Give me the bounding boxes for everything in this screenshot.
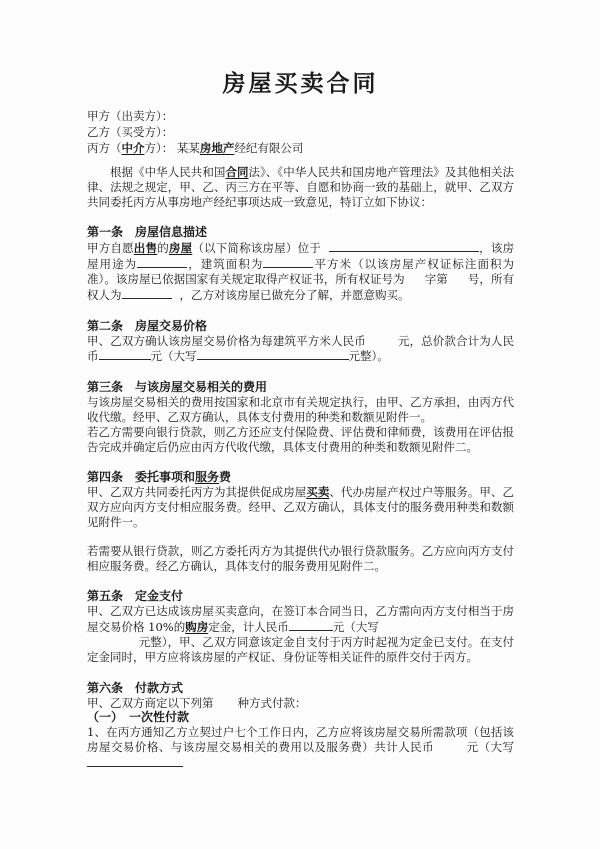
text-run: 若需要从银行贷款，则乙方委托丙方为其提供代办银行贷款服务。乙方应向丙方支付相应服… bbox=[87, 544, 514, 573]
document-title: 房屋买卖合同 bbox=[87, 70, 514, 98]
section-1-heading: 第一条 房屋信息描述 bbox=[87, 224, 514, 240]
text-run: （一） 一次性付款 bbox=[87, 710, 189, 724]
keyword-anchor: 出售 bbox=[134, 241, 157, 255]
keyword-anchor: 房地产 bbox=[200, 141, 235, 155]
text-run: 经纪有限公司 bbox=[234, 141, 303, 155]
text-run: 第一条 房屋信息描述 bbox=[87, 225, 207, 239]
party-line-buyer: 乙方（买受方）： bbox=[87, 124, 514, 140]
section-4-paragraph-1: 甲、乙双方共同委托丙方为其提供促成房屋买卖、代办房屋产权过户等服务。甲、乙双方应… bbox=[87, 485, 514, 529]
text-run: 根据《中华人民共和国 bbox=[110, 165, 225, 179]
fill-in-blank bbox=[137, 256, 187, 268]
contract-page: 房屋买卖合同 甲方（出卖方）：乙方（买受方）：丙方（中介方）： 某某房地产经纪有… bbox=[0, 0, 600, 849]
section-3-paragraph-2: 若乙方需要向银行贷款，则乙方还应支付保险费、评估费和律师费，该费用在评估报告完成… bbox=[87, 425, 514, 455]
text-run: 甲方自愿 bbox=[87, 241, 134, 255]
text-run: 元（大写 bbox=[151, 349, 197, 363]
section-6-subheading-one-time: （一） 一次性付款 bbox=[87, 710, 514, 725]
text-run: 种方式付款： bbox=[238, 696, 307, 710]
text-run: 第五条 定金支付 bbox=[87, 589, 183, 603]
text-run: 若乙方需要向银行贷款，则乙方还应支付保险费、评估费和律师费，该费用在评估报告完成… bbox=[87, 425, 514, 454]
text-run: 第二条 房屋交易价格 bbox=[87, 319, 207, 333]
text-run: 甲方（出卖方）： bbox=[87, 109, 173, 123]
text-run: 的 bbox=[157, 241, 169, 255]
section-5-paragraph-1: 甲、乙双方已达成该房屋买卖意向，在签订本合同当日，乙方需向丙方支付相当于房屋交易… bbox=[87, 604, 514, 635]
keyword-anchor: 买卖 bbox=[306, 485, 329, 499]
section-6-paragraph-2: 1、在丙方通知乙方立契过户七个工作日内，乙方应将该房屋交易所需款项（包括该房屋交… bbox=[87, 725, 514, 770]
text-run: 定金，计人民币 bbox=[208, 620, 289, 634]
fill-in-blank bbox=[263, 256, 313, 268]
section-4-heading: 第四条 委托事项和服务费 bbox=[87, 469, 514, 485]
text-run: （以下简称该房屋）位于 bbox=[192, 241, 321, 255]
text-run: 元（大写 bbox=[466, 740, 514, 754]
text-run: 甲、乙双方商定以下列第 bbox=[87, 696, 214, 710]
section-1-paragraph: 甲方自愿出售的房屋（以下简称该房屋）位于，该房屋用途为，建筑面积为平方米（以该房… bbox=[87, 240, 514, 302]
fill-in-blank bbox=[87, 755, 183, 767]
text-run: 第三条 与该房屋交易相关的费用 bbox=[87, 380, 267, 394]
section-4-paragraph-2: 若需要从银行贷款，则乙方委托丙方为其提供代办银行贷款服务。乙方应向丙方支付相应服… bbox=[87, 544, 514, 574]
section-6-paragraph-1: 甲、乙双方商定以下列第种方式付款： bbox=[87, 696, 514, 711]
fill-in-blank bbox=[329, 240, 479, 252]
text-run: ，乙方对该房屋已做充分了解，并愿意购买。 bbox=[180, 288, 410, 302]
keyword-anchor: 合同 bbox=[225, 165, 248, 179]
keyword-anchor: 服务 bbox=[195, 470, 219, 484]
spacer-gap bbox=[214, 706, 238, 707]
preamble-paragraph: 根据《中华人民共和国合同法》、《中华人民共和国房地产管理法》及其他相关法律、法规… bbox=[87, 165, 514, 209]
text-run: 元整），甲、乙双方同意该定金自支付于丙方时起视为定金已支付。在支付定金同时，甲方… bbox=[87, 635, 514, 664]
fill-in-blank bbox=[99, 348, 151, 360]
section-3-heading: 第三条 与该房屋交易相关的费用 bbox=[87, 379, 514, 395]
text-run: ，建筑面积为 bbox=[187, 257, 263, 271]
text-run: 与该房屋交易相关的费用按国家和北京市有关规定执行，由甲、乙方承担，由丙方代收代缴… bbox=[87, 395, 514, 424]
section-3-paragraph-1: 与该房屋交易相关的费用按国家和北京市有关规定执行，由甲、乙方承担，由丙方代收代缴… bbox=[87, 395, 514, 425]
fill-in-blank bbox=[122, 287, 172, 299]
document-body: 甲方（出卖方）：乙方（买受方）：丙方（中介方）： 某某房地产经纪有限公司根据《中… bbox=[87, 108, 514, 771]
spacer-gap bbox=[434, 750, 466, 751]
spacer-gap bbox=[172, 298, 180, 299]
keyword-anchor: 中介 bbox=[122, 141, 145, 155]
keyword-anchor: 购房 bbox=[185, 620, 208, 634]
party-line-seller: 甲方（出卖方）： bbox=[87, 108, 514, 124]
section-5-paragraph-2: 元整），甲、乙双方同意该定金自支付于丙方时起视为定金已支付。在支付定金同时，甲方… bbox=[87, 635, 514, 665]
text-run: 方）： 某某 bbox=[145, 141, 200, 155]
text-run: 第四条 委托事项和 bbox=[87, 470, 195, 484]
section-2-heading: 第二条 房屋交易价格 bbox=[87, 318, 514, 334]
section-5-heading: 第五条 定金支付 bbox=[87, 588, 514, 604]
spacer-gap bbox=[321, 251, 329, 252]
text-run: 第六条 付款方式 bbox=[87, 681, 183, 695]
fill-in-blank bbox=[197, 348, 349, 360]
spacer-gap bbox=[405, 282, 425, 283]
text-run: 费 bbox=[219, 470, 231, 484]
section-6-heading: 第六条 付款方式 bbox=[87, 680, 514, 696]
text-run: 元（大写 bbox=[333, 620, 379, 634]
spacer-gap bbox=[366, 344, 398, 345]
text-run: 字第 bbox=[425, 272, 448, 286]
fill-in-blank bbox=[289, 619, 333, 631]
text-run: 甲、乙双方共同委托丙方为其提供促成房屋 bbox=[87, 485, 306, 499]
text-run: 元整）。 bbox=[349, 349, 389, 363]
text-run: 甲、乙双方确认该房屋交易价格为每建筑平方米人民币 bbox=[87, 334, 366, 348]
text-run: 乙方（买受方）： bbox=[87, 125, 173, 139]
spacer-gap bbox=[448, 282, 468, 283]
keyword-anchor: 房屋 bbox=[169, 241, 192, 255]
party-line-agent: 丙方（中介方）： 某某房地产经纪有限公司 bbox=[87, 140, 514, 156]
section-2-paragraph: 甲、乙双方确认该房屋交易价格为每建筑平方米人民币元，总价款合计为人民币元（大写元… bbox=[87, 334, 514, 365]
text-run: 丙方（ bbox=[87, 141, 122, 155]
